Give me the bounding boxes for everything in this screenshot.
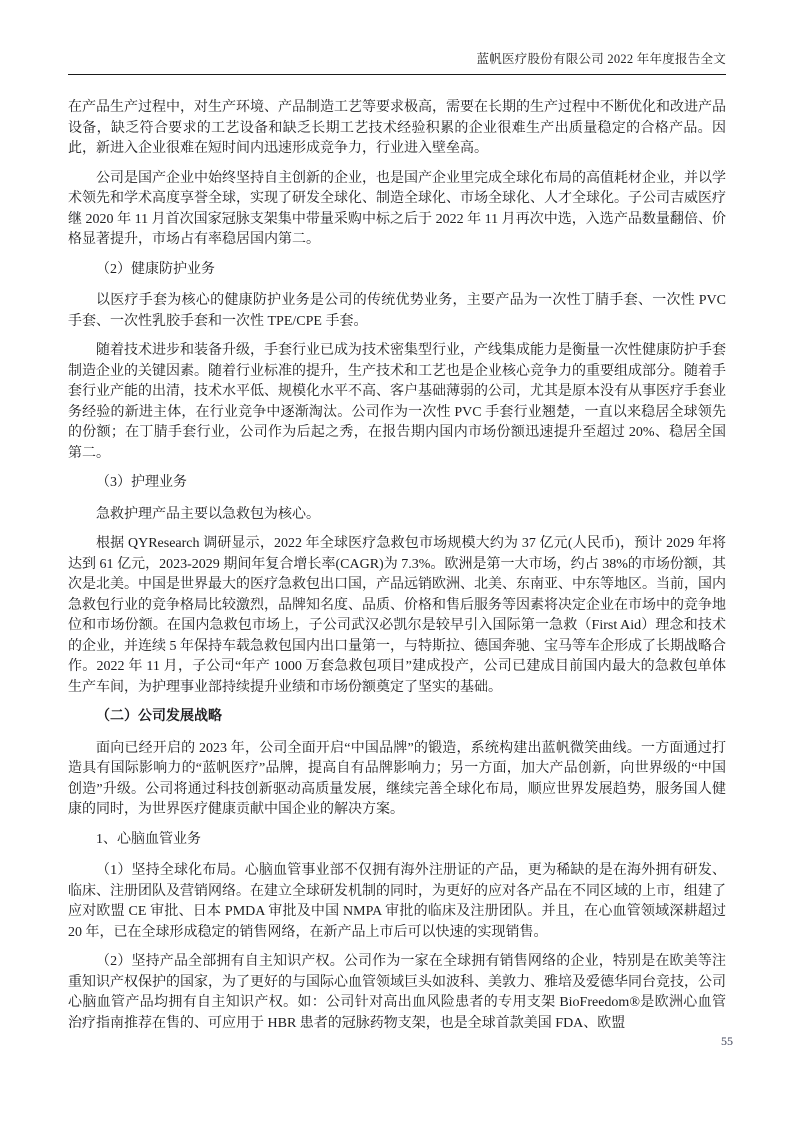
body-paragraph: 急救护理产品主要以急救包为核心。 [68,505,726,526]
body-paragraph: 公司是国产企业中始终坚持自主创新的企业，也是国产企业里完成全球化布局的高值耗材企… [68,169,726,251]
body-paragraph: 根据 QYResearch 调研显示，2022 年全球医疗急救包市场规模大约为 … [68,534,726,698]
document-body: 在产品生产过程中，对生产环境、产品制造工艺等要求极高，需要在长期的生产过程中不断… [68,98,726,1043]
section-heading: （二）公司发展战略 [68,707,726,728]
body-paragraph: （1）坚持全球化布局。心脑血管事业部不仅拥有海外注册证的产品，更为稀缺的是在海外… [68,861,726,943]
body-paragraph: 随着技术进步和装备升级，手套行业已成为技术密集型行业，产线集成能力是衡量一次性健… [68,341,726,464]
document-page: 蓝帆医疗股份有限公司 2022 年年度报告全文 在产品生产过程中，对生产环境、产… [0,0,794,1123]
body-paragraph: 在产品生产过程中，对生产环境、产品制造工艺等要求极高，需要在长期的生产过程中不断… [68,98,726,160]
body-paragraph: 面向已经开启的 2023 年，公司全面开启“中国品牌”的锻造，系统构建出蓝帆微笑… [68,739,726,821]
body-paragraph: （2）坚持产品全部拥有自主知识产权。公司作为一家在全球拥有销售网络的企业，特别是… [68,952,726,1034]
report-title: 蓝帆医疗股份有限公司 2022 年年度报告全文 [476,52,726,66]
subsection-heading: 1、心脑血管业务 [68,830,726,851]
body-paragraph: 以医疗手套为核心的健康防护业务是公司的传统优势业务，主要产品为一次性丁腈手套、一… [68,291,726,332]
page-number: 55 [721,1034,733,1049]
subsection-heading: （2）健康防护业务 [68,260,726,281]
page-header: 蓝帆医疗股份有限公司 2022 年年度报告全文 [68,0,726,75]
subsection-heading: （3）护理业务 [68,473,726,494]
